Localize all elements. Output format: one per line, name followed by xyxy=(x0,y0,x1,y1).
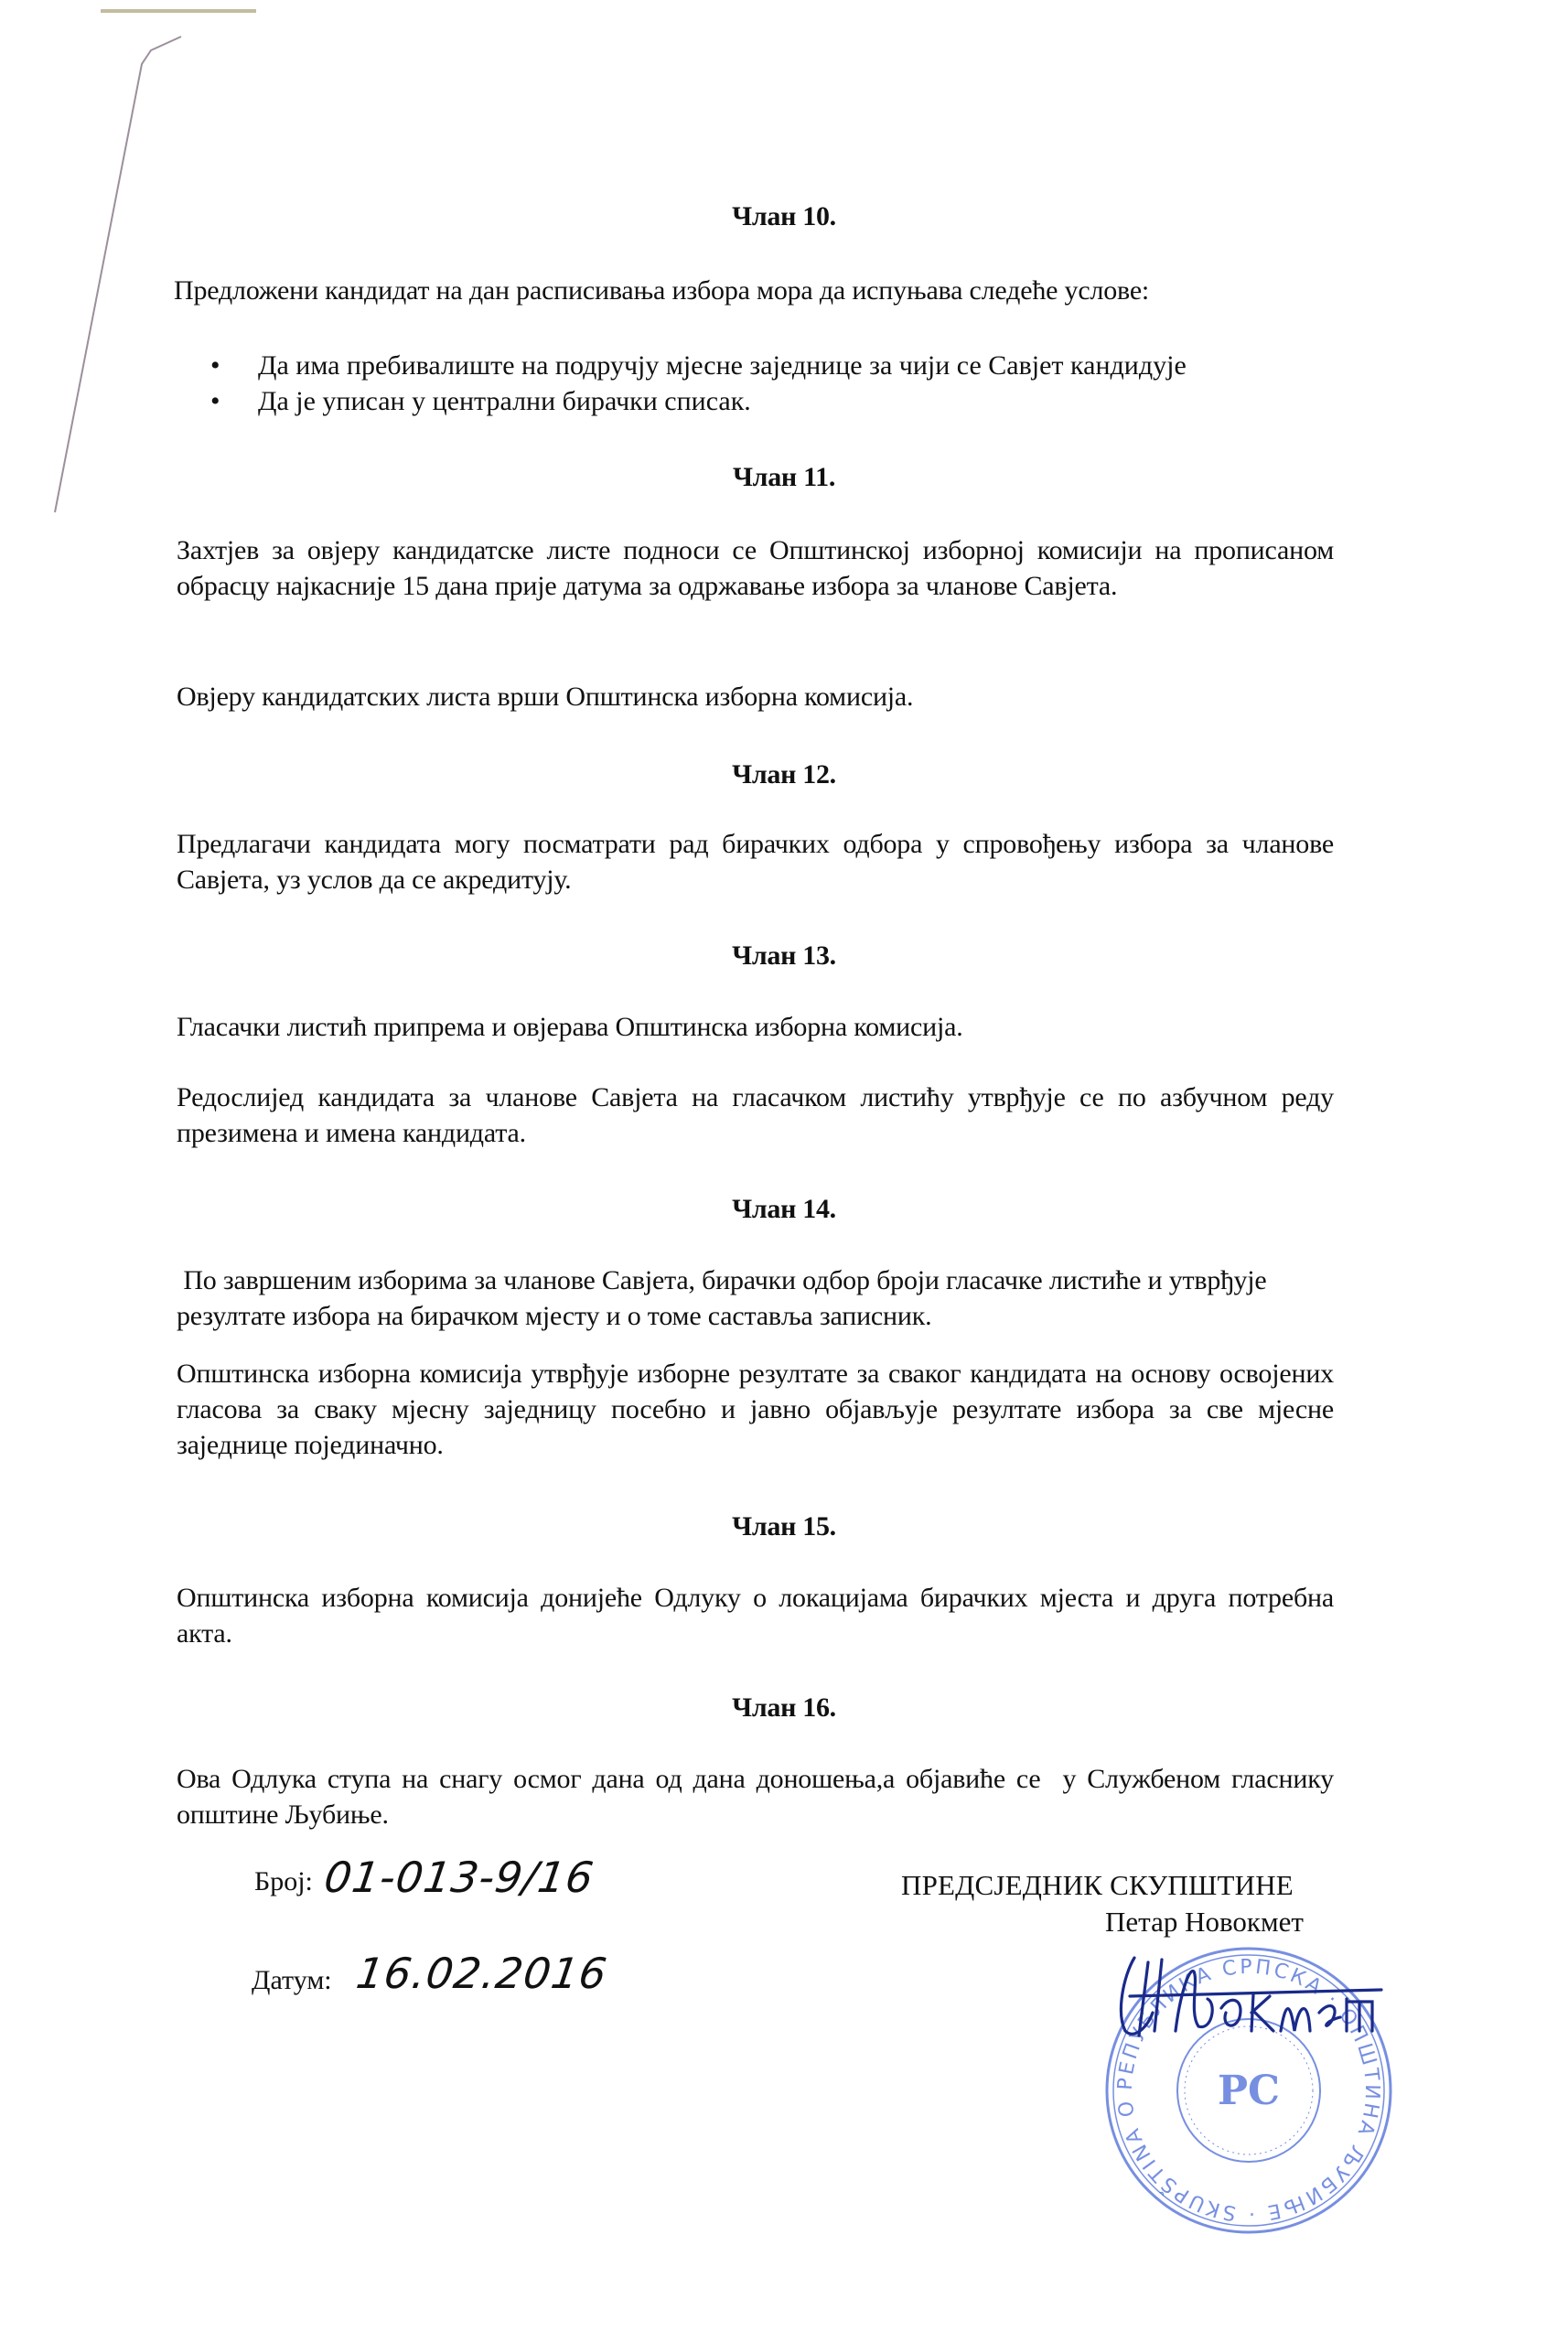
date-handwritten: 16.02.2016 xyxy=(353,1949,610,1998)
article-13-heading: Члан 13. xyxy=(0,940,1568,972)
date-label: Датум: xyxy=(252,1965,332,1996)
article-10-paragraph: Предложени кандидат на дан расписивања и… xyxy=(174,273,1331,308)
article-14-paragraph-1: По завршеним изборима за чланове Савјета… xyxy=(177,1262,1334,1334)
article-15-heading: Члан 15. xyxy=(0,1511,1568,1542)
president-title: ПРЕДСЈЕДНИК СКУПШТИНЕ xyxy=(901,1869,1294,1902)
document-number-handwritten: 01-013-9/16 xyxy=(321,1853,596,1902)
condition-list-item: Да је уписан у централни бирачки списак. xyxy=(210,383,1187,419)
article-11-paragraph-2: Овјеру кандидатских листа врши Општинска… xyxy=(177,679,1334,714)
president-name: Петар Новокмет xyxy=(1105,1906,1304,1939)
condition-list-item: Да има пребивалиште на подручју мјесне з… xyxy=(210,348,1187,383)
article-10-heading: Члан 10. xyxy=(0,201,1568,232)
article-13-paragraph-1: Гласачки листић припрема и овјерава Општ… xyxy=(177,1009,1334,1045)
article-11-heading: Члан 11. xyxy=(0,462,1568,493)
article-11-paragraph-1: Захтјев за овјеру кандидатске листе подн… xyxy=(177,532,1334,604)
article-12-heading: Члан 12. xyxy=(0,759,1568,790)
document-number-label: Број: xyxy=(254,1866,313,1897)
article-10-conditions-list: Да има пребивалиште на подручју мјесне з… xyxy=(210,348,1187,419)
article-12-paragraph: Предлагачи кандидата могу посматрати рад… xyxy=(177,826,1334,897)
article-13-paragraph-2: Редослијед кандидата за чланове Савјета … xyxy=(177,1080,1334,1151)
svg-text:РС: РС xyxy=(1218,2068,1280,2114)
article-14-heading: Члан 14. xyxy=(0,1194,1568,1225)
article-14-paragraph-2: Општинска изборна комисија утврђује избо… xyxy=(177,1356,1334,1463)
article-15-paragraph: Општинска изборна комисија донијеће Одлу… xyxy=(177,1580,1334,1651)
article-16-paragraph: Ова Одлука ступа на снагу осмог дана од … xyxy=(177,1761,1334,1832)
signature-icon xyxy=(1107,1939,1391,2049)
article-16-heading: Члан 16. xyxy=(0,1692,1568,1724)
